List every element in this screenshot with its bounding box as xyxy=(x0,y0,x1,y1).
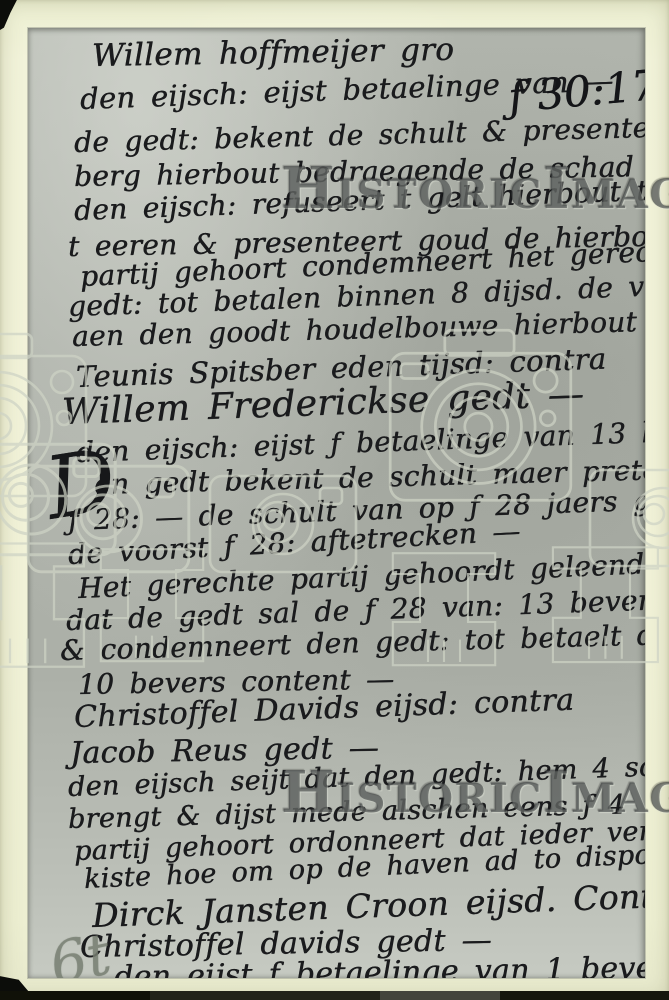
historic-images-watermark: HistoricImag xyxy=(281,764,669,821)
camera-watermark-icon xyxy=(210,476,356,572)
camera-watermark-pattern xyxy=(0,0,669,1000)
camera-watermark-icon xyxy=(553,547,658,662)
press-photo-scan: Willem hoffmeijer groden eijsch: eijst b… xyxy=(0,0,669,1000)
scan-edge-strip-bottom xyxy=(0,991,669,1000)
camera-watermark-icon xyxy=(390,330,571,500)
camera-watermark-icon xyxy=(393,553,495,665)
historic-images-watermark: HistoricImag xyxy=(281,160,669,217)
camera-watermark-icon xyxy=(0,544,84,667)
